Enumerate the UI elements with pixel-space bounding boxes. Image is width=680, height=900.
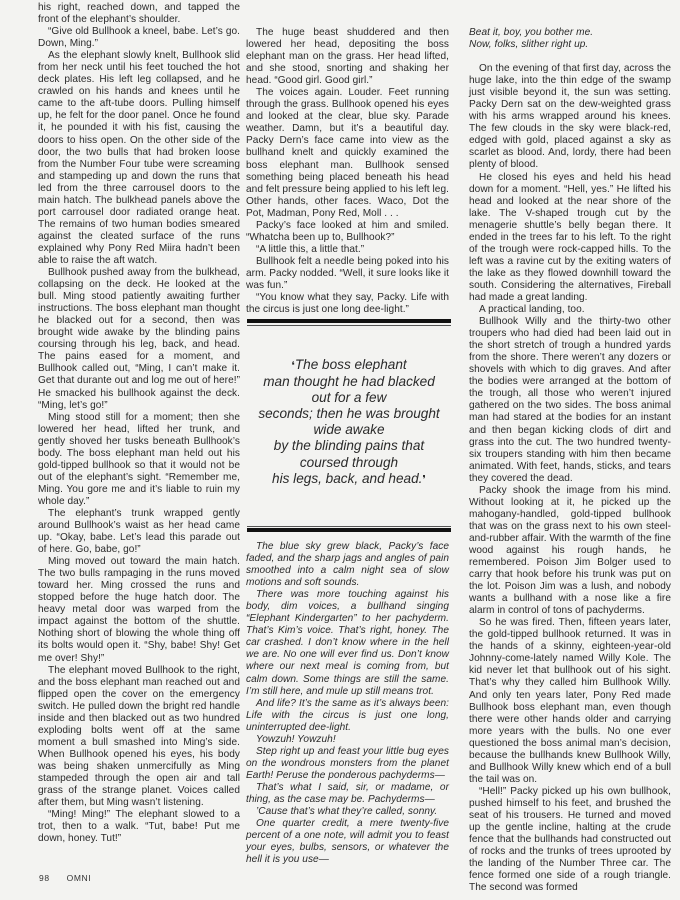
paragraph: Step right up and feast your little bug … [246, 746, 449, 782]
paragraph: Ming moved out toward the main hatch. Th… [38, 556, 240, 664]
pull-quote-bottom-thin-rule [247, 526, 451, 527]
paragraph: ’Cause that’s what they’re called, sonny… [246, 806, 449, 818]
paragraph: Packy shook the image from his mind. Wit… [469, 485, 671, 618]
pull-quote-line: wide awake [250, 422, 448, 438]
paragraph: Ming stood still for a moment; then she … [38, 412, 240, 508]
paragraph: As the elephant slowly knelt, Bullhook s… [38, 50, 240, 267]
paragraph: “You know what they say, Packy. Life wit… [246, 292, 449, 316]
column-3: Beat it, boy, you bother me. Now, folks,… [469, 27, 671, 894]
magazine-page: his right, reached down, and tapped the … [0, 0, 680, 900]
paragraph: The huge beast shuddered and then lowere… [246, 27, 449, 87]
pull-quote-line: The boss elephant [295, 357, 407, 372]
paragraph: Bullhook pushed away from the bulkhead, … [38, 267, 240, 412]
italic-line: Now, folks, slither right up. [469, 39, 671, 51]
pull-quote-line: seconds; then he was brought [250, 406, 448, 422]
column-1: his right, reached down, and tapped the … [38, 2, 240, 845]
paragraph: The voices again. Louder. Feet running t… [246, 87, 449, 220]
paragraph: That’s what I said, sir, or madame, or t… [246, 782, 449, 806]
paragraph: “Ming! Ming!” The elephant slowed to a t… [38, 809, 240, 845]
paragraph: He closed his eyes and held his head dow… [469, 172, 671, 305]
paragraph: Yowzuh! Yowzuh! [246, 734, 449, 746]
page-folio: 98OMNI [39, 873, 108, 883]
paragraph: There was more touching against his body… [246, 589, 449, 697]
paragraph: “Give old Bullhook a kneel, babe. Let’s … [38, 26, 240, 50]
page-number: 98 [39, 873, 50, 883]
pull-quote-bottom-rule [247, 528, 451, 532]
paragraph: And life? It’s the same as it’s always b… [246, 698, 449, 734]
paragraph: Bullhook Willy and the thirty-two other … [469, 316, 671, 485]
pull-quote: ❛The boss elephant man thought he had bl… [250, 357, 448, 488]
paragraph: The elephant’s trunk wrapped gently arou… [38, 508, 240, 556]
paragraph: The elephant moved Bullhook to the right… [38, 665, 240, 810]
pull-quote-line: coursed through [250, 455, 448, 471]
pull-quote-line: his legs, back, and head. [272, 471, 422, 486]
italic-line: Beat it, boy, you bother me. [469, 27, 671, 39]
close-quote-mark-icon: ❜ [422, 474, 426, 486]
paragraph: his right, reached down, and tapped the … [38, 2, 240, 26]
paragraph: One quarter credit, a mere twenty-five p… [246, 818, 449, 866]
pull-quote-line: by the blinding pains that [250, 438, 448, 454]
paragraph: “A little this, a little that.” [246, 244, 449, 256]
pull-quote-line: man thought he had blacked [250, 374, 448, 390]
paragraph: Packy’s face looked at him and smiled. “… [246, 220, 449, 244]
paragraph: The blue sky grew black, Packy’s face fa… [246, 541, 449, 589]
paragraph: Bullhook felt a needle being poked into … [246, 256, 449, 292]
magazine-name: OMNI [67, 873, 92, 883]
pull-quote-top-thin-rule [247, 325, 451, 326]
paragraph: “Hell!” Packy picked up his own bullhook… [469, 786, 671, 894]
paragraph: A practical landing, too. [469, 304, 671, 316]
paragraph: So he was fired. Then, fifteen years lat… [469, 617, 671, 786]
column-2-bottom: The blue sky grew black, Packy’s face fa… [246, 541, 449, 866]
pull-quote-line: out for a few [250, 390, 448, 406]
paragraph: On the evening of that first day, across… [469, 63, 671, 171]
pull-quote-top-rule [247, 319, 451, 323]
column-2-top: The huge beast shuddered and then lowere… [246, 27, 449, 316]
